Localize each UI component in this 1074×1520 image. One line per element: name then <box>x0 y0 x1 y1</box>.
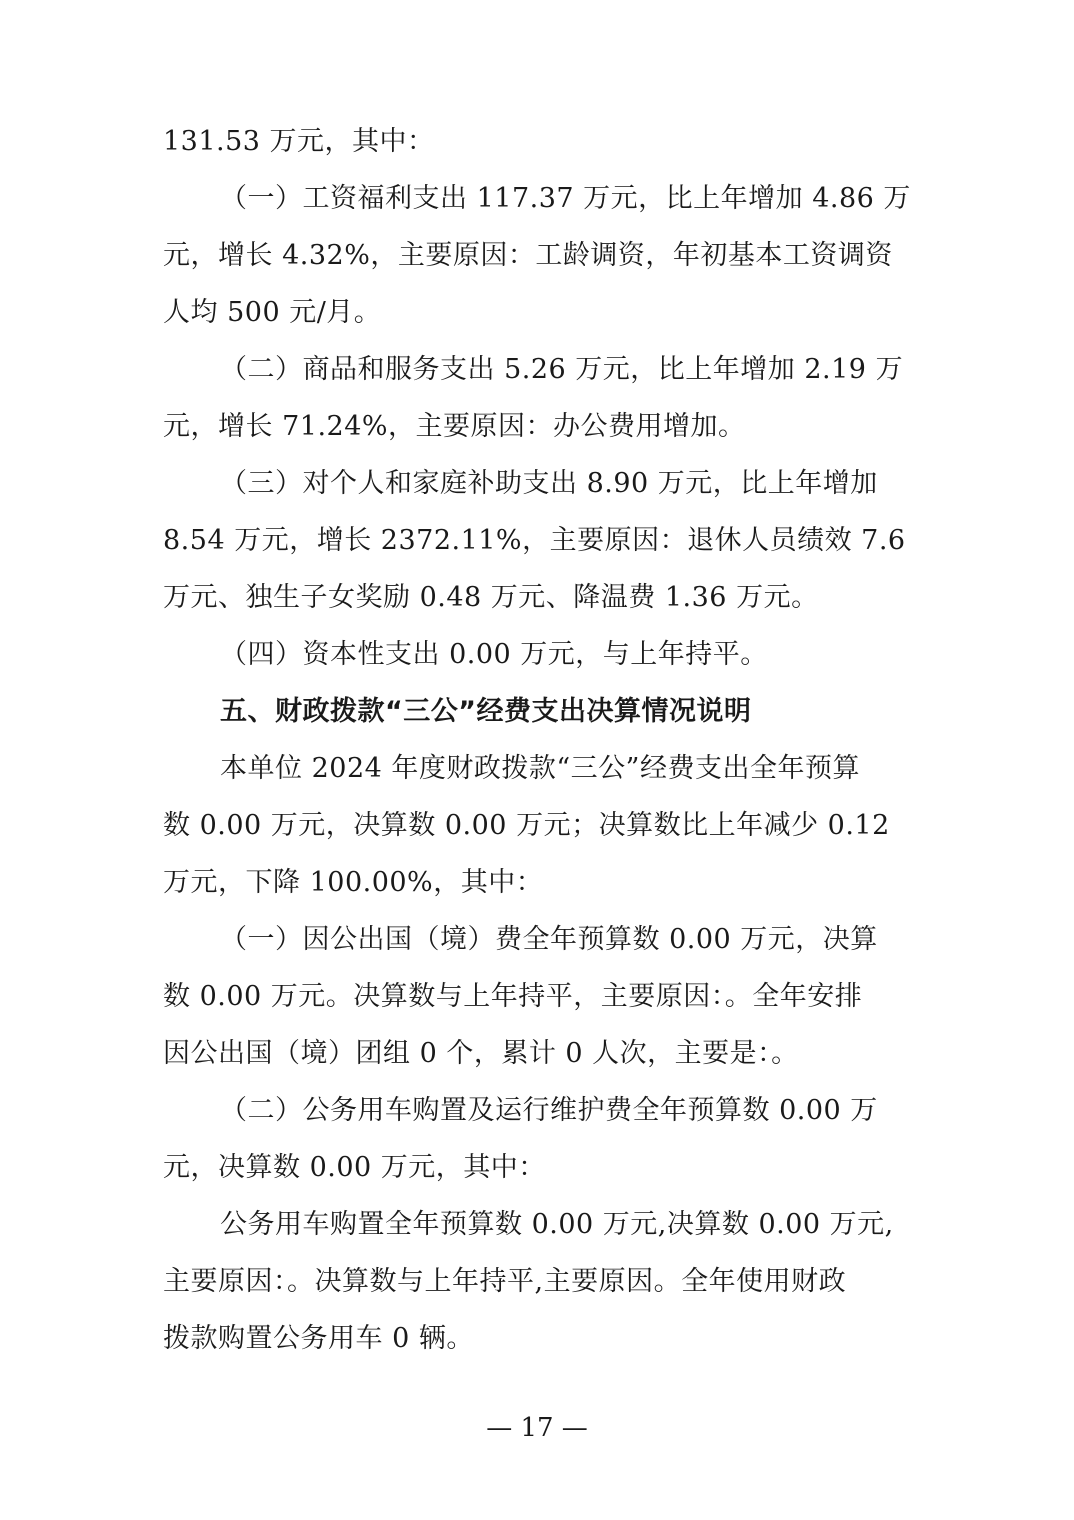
paragraph-line: 131.53 万元，其中： <box>163 122 923 162</box>
document-page: 131.53 万元，其中： （一）工资福利支出 117.37 万元，比上年增加 … <box>0 0 1074 1520</box>
paragraph-line: 因公出国（境）团组 0 个，累计 0 人次，主要是：。 <box>163 1034 923 1074</box>
paragraph-line: 人均 500 元/月。 <box>163 293 923 333</box>
paragraph-line: 公务用车购置全年预算数 0.00 万元,决算数 0.00 万元, <box>220 1205 980 1245</box>
paragraph-line: 元，决算数 0.00 万元，其中： <box>163 1148 923 1188</box>
paragraph-line: 数 0.00 万元，决算数 0.00 万元；决算数比上年减少 0.12 <box>163 806 923 846</box>
paragraph-line: （四）资本性支出 0.00 万元，与上年持平。 <box>220 635 980 675</box>
paragraph-line: 本单位 2024 年度财政拨款“三公”经费支出全年预算 <box>220 749 980 789</box>
paragraph-line: 拨款购置公务用车 0 辆。 <box>163 1319 923 1359</box>
paragraph-line: （二）商品和服务支出 5.26 万元，比上年增加 2.19 万 <box>220 350 980 390</box>
page-number: — 17 — <box>0 1408 1074 1448</box>
paragraph-line: 万元、独生子女奖励 0.48 万元、降温费 1.36 万元。 <box>163 578 923 618</box>
paragraph-line: 数 0.00 万元。决算数与上年持平，主要原因：。全年安排 <box>163 977 923 1017</box>
paragraph-line: 8.54 万元，增长 2372.11%，主要原因：退休人员绩效 7.6 <box>163 521 923 561</box>
paragraph-line: 元，增长 71.24%，主要原因：办公费用增加。 <box>163 407 923 447</box>
paragraph-line: （一）工资福利支出 117.37 万元，比上年增加 4.86 万 <box>220 179 980 219</box>
paragraph-line: 主要原因：。决算数与上年持平,主要原因。全年使用财政 <box>163 1262 923 1302</box>
paragraph-line: （一）因公出国（境）费全年预算数 0.00 万元，决算 <box>220 920 980 960</box>
paragraph-line: （二）公务用车购置及运行维护费全年预算数 0.00 万 <box>220 1091 980 1131</box>
paragraph-line: 万元，下降 100.00%，其中： <box>163 863 923 903</box>
section-heading: 五、财政拨款“三公”经费支出决算情况说明 <box>220 692 980 732</box>
paragraph-line: 元，增长 4.32%，主要原因：工龄调资，年初基本工资调资 <box>163 236 923 276</box>
paragraph-line: （三）对个人和家庭补助支出 8.90 万元，比上年增加 <box>220 464 980 504</box>
